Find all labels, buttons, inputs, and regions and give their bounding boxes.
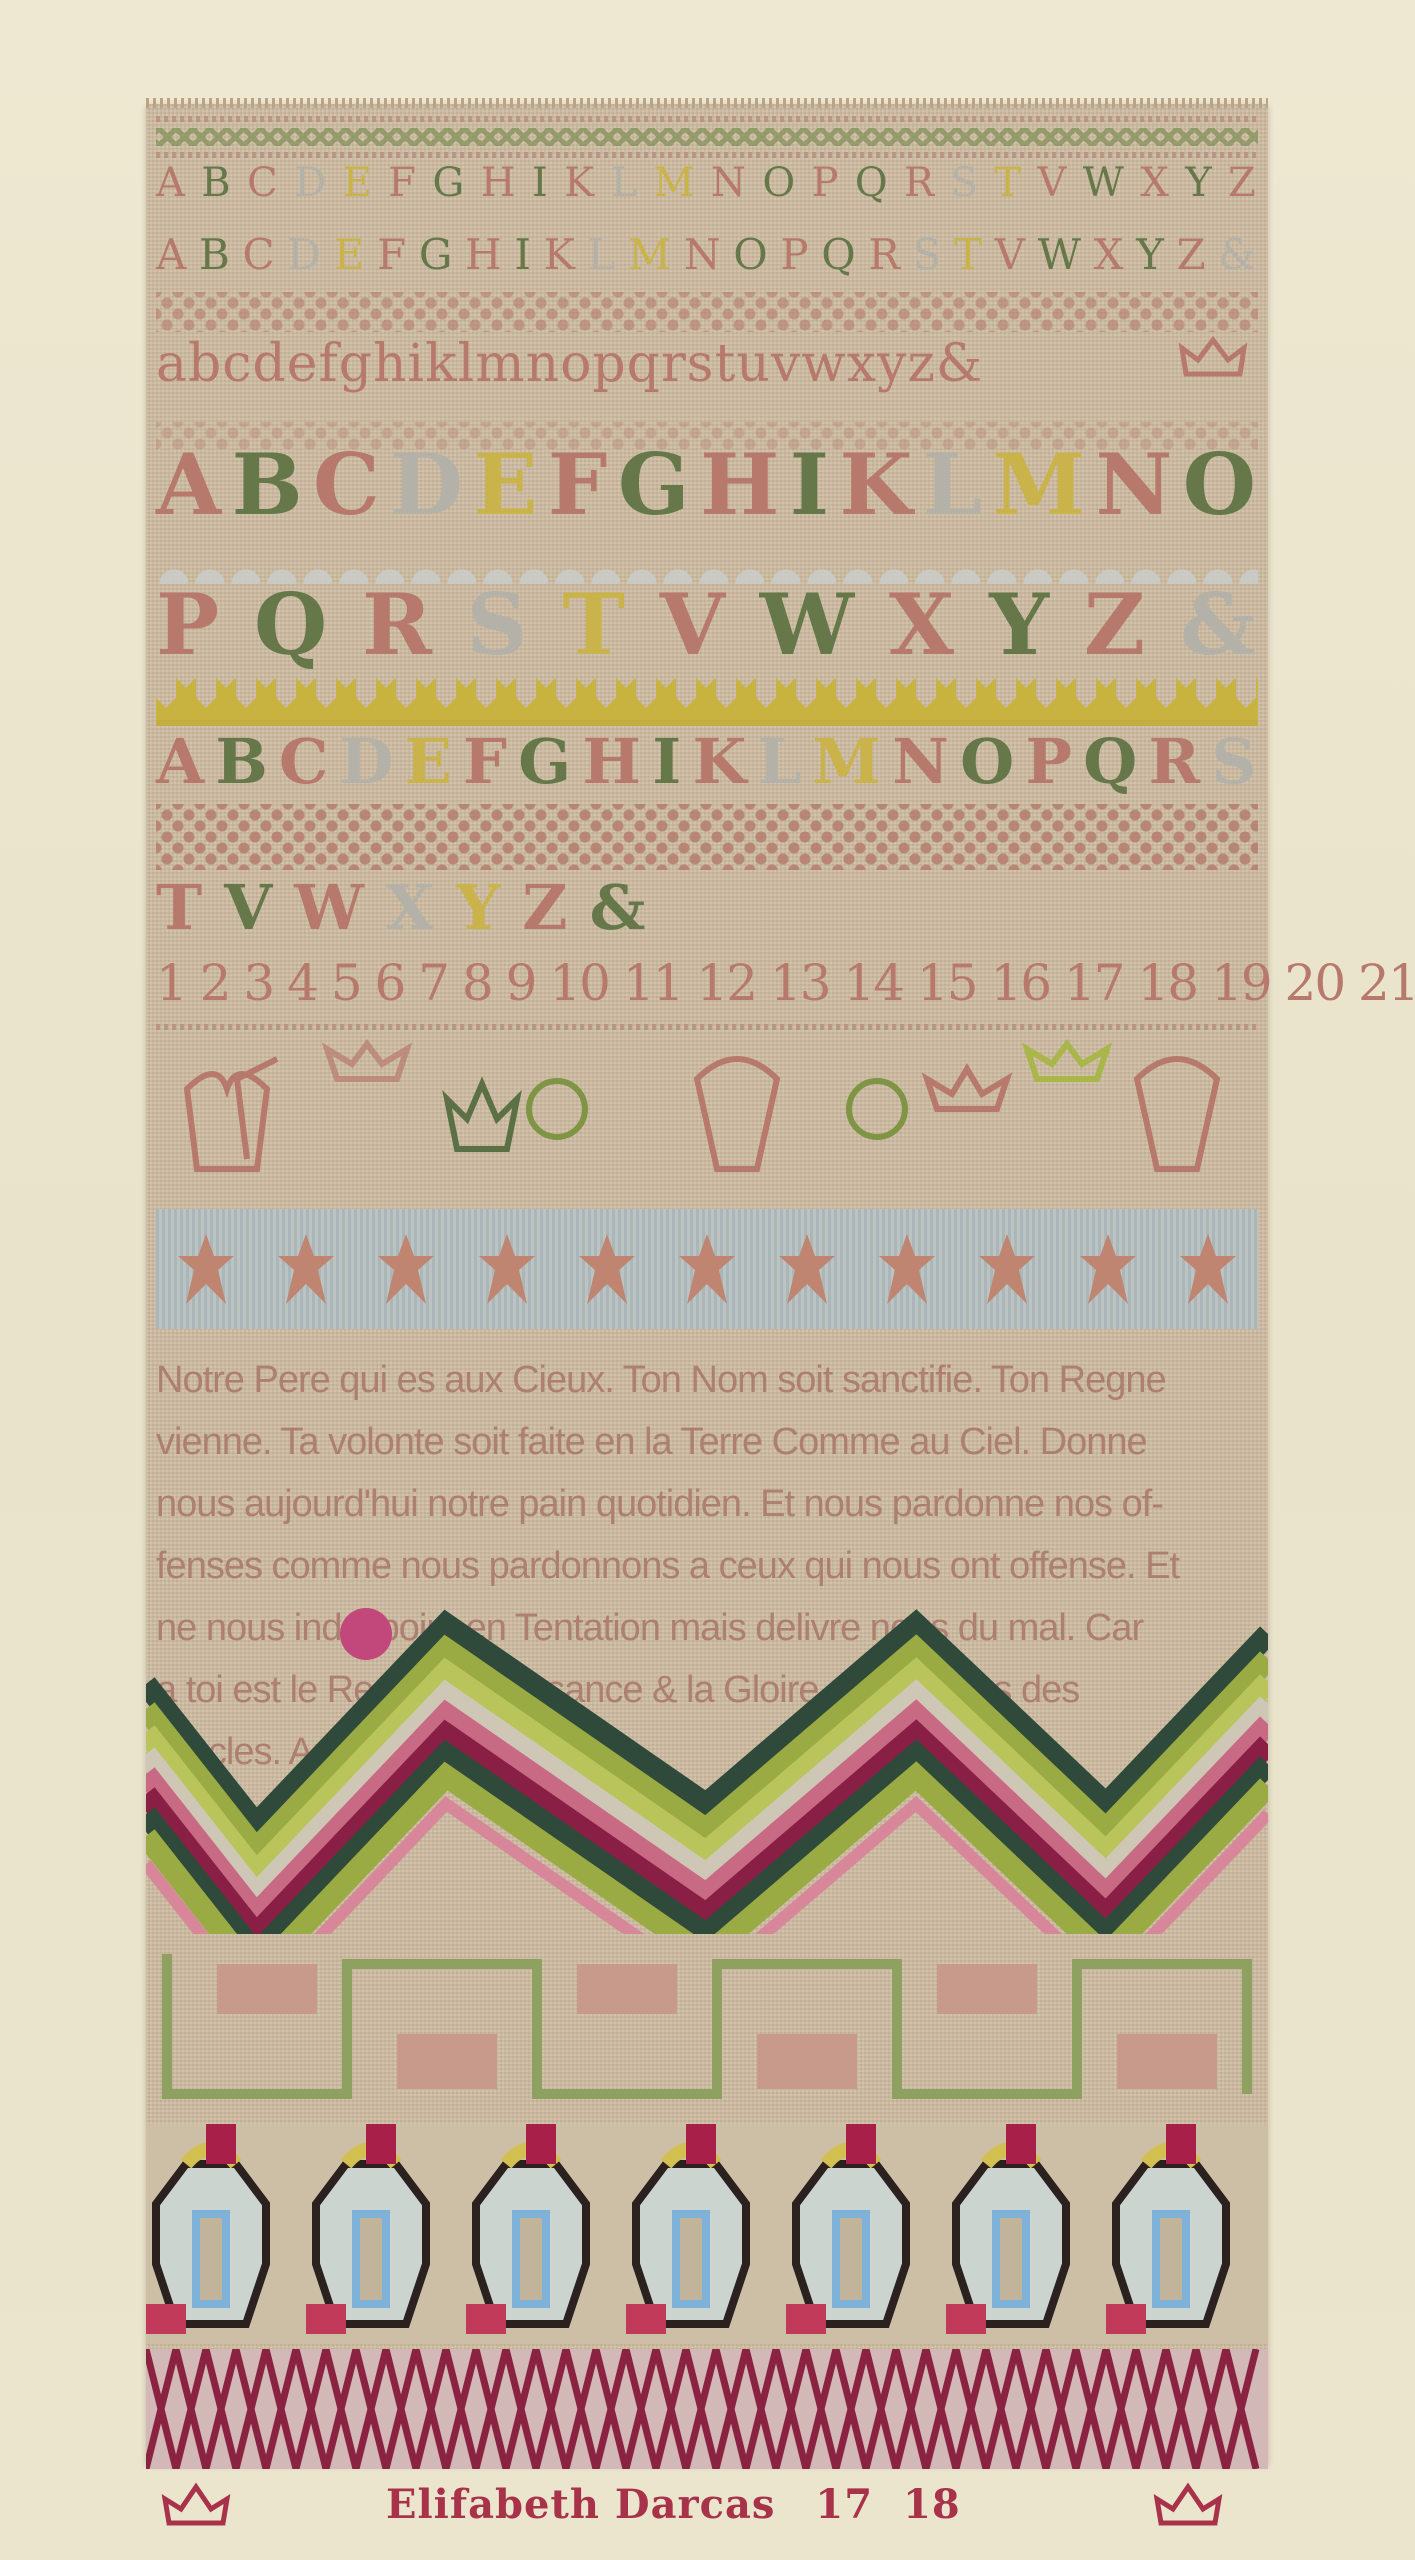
star-icon — [378, 1234, 434, 1304]
stitched-letter: P — [780, 230, 810, 279]
flame-stitch-band — [146, 1574, 1268, 1934]
stitched-letter: Y — [989, 575, 1051, 674]
stitched-letter: R — [362, 575, 434, 674]
stitched-letter: C — [313, 435, 382, 534]
border-line — [156, 1024, 1258, 1030]
star-icon — [579, 1234, 635, 1304]
stitched-letter: Q — [1083, 725, 1139, 798]
stars-band — [156, 1209, 1258, 1329]
alphabet-row-2: ABCDEFGHIKLMNOPQRSTVWXYZ& — [156, 229, 1258, 279]
star-icon — [779, 1234, 835, 1304]
stitched-letter: W — [760, 575, 856, 674]
stitched-letter: L — [611, 160, 640, 206]
year-part: 17 — [815, 2481, 873, 2528]
stitched-letter: V — [660, 575, 727, 674]
star-icon — [879, 1234, 935, 1304]
stitched-letter: D — [287, 230, 323, 279]
arch-pattern — [146, 2124, 1268, 2344]
alphabet-row-3: ABCDEFGHIKLMNOPQRS — [156, 730, 1258, 798]
crown-icon — [1148, 2479, 1228, 2529]
stitched-letter: S — [951, 160, 980, 206]
star-icon — [979, 1234, 1035, 1304]
stitched-letter: S — [1211, 725, 1258, 798]
stitched-letter: M — [812, 725, 883, 798]
stitched-letter: G — [618, 435, 692, 534]
frayed-top-edge — [146, 98, 1268, 108]
arches-band — [146, 2124, 1268, 2344]
stitched-letter: Z — [1228, 160, 1258, 206]
stitched-letter: D — [390, 435, 465, 534]
stitched-letter: V — [224, 871, 272, 944]
stitched-letter: N — [684, 230, 723, 279]
stitched-letter: I — [532, 160, 550, 206]
stitched-letter: I — [652, 725, 683, 798]
stitched-letter: H — [481, 160, 518, 206]
stitched-letter: X — [1140, 160, 1170, 206]
stitched-letter: O — [733, 230, 769, 279]
stitched-letter: E — [343, 160, 374, 206]
checker-border — [156, 292, 1258, 332]
stitched-letter: O — [960, 725, 1016, 798]
stitched-letter: F — [548, 435, 610, 534]
stitched-letter: L — [923, 435, 984, 534]
stitched-letter: Z — [1084, 575, 1147, 674]
stitched-letter: D — [294, 160, 328, 206]
stitched-letter: F — [463, 725, 509, 798]
stitched-letter: E — [334, 230, 367, 279]
stitched-letter: M — [654, 160, 697, 206]
stitched-letter: W — [1083, 160, 1126, 206]
stitched-letter: R — [1148, 725, 1202, 798]
stitched-letter: F — [388, 160, 418, 206]
stitched-letter: W — [294, 871, 364, 944]
stitched-letter: Y — [456, 871, 500, 944]
stitched-letter: I — [790, 435, 831, 534]
stitched-letter: S — [913, 230, 944, 279]
stitched-letter: Q — [254, 575, 329, 674]
stitched-letter: R — [904, 160, 936, 206]
stitched-letter: P — [812, 160, 841, 206]
stitched-letter: Y — [1185, 160, 1213, 206]
crown-icon — [156, 2479, 236, 2529]
star-icon — [679, 1234, 735, 1304]
large-alphabet-row-2: PQRSTVWXYZ& — [156, 584, 1258, 674]
stitched-letter: Q — [821, 230, 857, 279]
stitched-letter: D — [340, 725, 396, 798]
star-icon — [479, 1234, 535, 1304]
stitched-letter: B — [201, 160, 232, 206]
star-icon — [178, 1234, 234, 1304]
stitched-letter: H — [582, 725, 643, 798]
stitched-letter: C — [247, 160, 280, 206]
stitched-letter: B — [232, 435, 305, 534]
checker-border — [156, 804, 1258, 870]
vine-baskets — [156, 1944, 1258, 2114]
lowercase-alphabet: abcdefghiklmnopqrstuvwxyz& — [156, 334, 983, 394]
stitched-letter: K — [839, 435, 914, 534]
stitched-letter: E — [473, 435, 539, 534]
star-icon — [1080, 1234, 1136, 1304]
crown-icon — [1178, 334, 1248, 384]
stitched-letter: P — [1025, 725, 1074, 798]
stitched-letter: T — [954, 230, 984, 279]
stitched-letter: G — [419, 230, 455, 279]
stitched-letter: N — [892, 725, 951, 798]
stitched-letter: X — [1094, 230, 1126, 279]
stitched-letter: X — [889, 575, 956, 674]
stitched-letter: P — [156, 575, 221, 674]
stitched-letter: S — [467, 575, 530, 674]
stitched-letter: O — [1183, 435, 1258, 534]
stitched-letter: Y — [1136, 230, 1166, 279]
large-alphabet-row-1: ABCDEFGHIKLMNO — [156, 454, 1258, 534]
stitched-letter: C — [279, 725, 330, 798]
stitched-letter: N — [1096, 435, 1175, 534]
stitched-letter: Z — [1177, 230, 1208, 279]
crowns-motifs — [156, 1039, 1258, 1189]
stitched-letter: Z — [522, 871, 567, 944]
number-sequence: 1 2 3 4 5 6 7 8 9 10 11 12 13 14 15 16 1… — [156, 954, 1415, 1012]
stitched-letter: G — [432, 160, 466, 206]
stitched-letter: B — [215, 725, 269, 798]
stitched-letter: & — [1180, 575, 1258, 674]
stitched-letter: L — [758, 725, 804, 798]
signature-name: Elifabeth Darcas — [386, 2481, 775, 2528]
year-part: 18 — [903, 2481, 961, 2528]
star-icon — [1180, 1234, 1236, 1304]
lattice-band — [146, 2349, 1268, 2469]
signature-row: Elifabeth Darcas 17 18 — [156, 2474, 1258, 2534]
stitched-letter: R — [868, 230, 902, 279]
stitched-letter: M — [628, 230, 673, 279]
stitched-letter: A — [156, 230, 188, 279]
stitched-letter: Q — [855, 160, 890, 206]
stitched-letter: A — [156, 435, 223, 534]
yellow-sawtooth-border — [156, 676, 1258, 726]
stitched-letter: & — [1218, 230, 1257, 279]
stitched-letter: E — [405, 725, 454, 798]
prayer-line: vienne. Ta volonte soit faite en la Terr… — [156, 1411, 1258, 1473]
stitched-letter: I — [514, 230, 533, 279]
stitched-letter: O — [762, 160, 797, 206]
lattice-pattern — [146, 2349, 1268, 2469]
vine-basket-band — [156, 1944, 1258, 2114]
stitched-letter: W — [1038, 230, 1083, 279]
crowns-band — [156, 1039, 1258, 1189]
stitched-letter: T — [994, 160, 1023, 206]
stitched-letter: F — [377, 230, 408, 279]
stitched-letter: A — [156, 725, 206, 798]
sampler-cloth: ABCDEFGHIKLMNOPQRSTVWXYZ ABCDEFGHIKLMNOP… — [146, 104, 1268, 2464]
stitched-letter: L — [588, 230, 618, 279]
stitched-letter: K — [692, 725, 748, 798]
stitched-letter: C — [243, 230, 277, 279]
stitched-letter: B — [199, 230, 232, 279]
alphabet-row-4: TVWXYZ& — [156, 874, 1258, 944]
stitched-letter: & — [590, 871, 646, 944]
stitched-letter: A — [156, 160, 187, 206]
stitched-letter: H — [700, 435, 781, 534]
stitched-letter: X — [386, 871, 434, 944]
green-zigzag-border — [156, 128, 1258, 146]
star-icon — [278, 1234, 334, 1304]
stitched-letter: H — [465, 230, 504, 279]
prayer-line: Notre Pere qui es aux Cieux. Ton Nom soi… — [156, 1349, 1258, 1411]
numbers-row: 1 2 3 4 5 6 7 8 9 10 11 12 13 14 15 16 1… — [156, 954, 1258, 1014]
stitched-letter: K — [564, 160, 596, 206]
lowercase-alphabet-row: abcdefghiklmnopqrstuvwxyz& — [156, 334, 1258, 414]
border-line — [156, 116, 1258, 122]
stitched-letter: G — [518, 725, 573, 798]
stitched-letter: K — [544, 230, 577, 279]
stitched-letter: V — [995, 230, 1027, 279]
stitched-letter: T — [156, 871, 202, 944]
bargello-zigzag — [146, 1574, 1268, 1934]
stitched-letter: T — [562, 575, 627, 674]
stitched-letter: M — [992, 435, 1087, 534]
prayer-line: nous aujourd'hui notre pain quotidien. E… — [156, 1473, 1258, 1535]
alphabet-row-1: ABCDEFGHIKLMNOPQRSTVWXYZ — [156, 156, 1258, 206]
stitched-letter: N — [711, 160, 748, 206]
stitched-letter: V — [1037, 160, 1068, 206]
